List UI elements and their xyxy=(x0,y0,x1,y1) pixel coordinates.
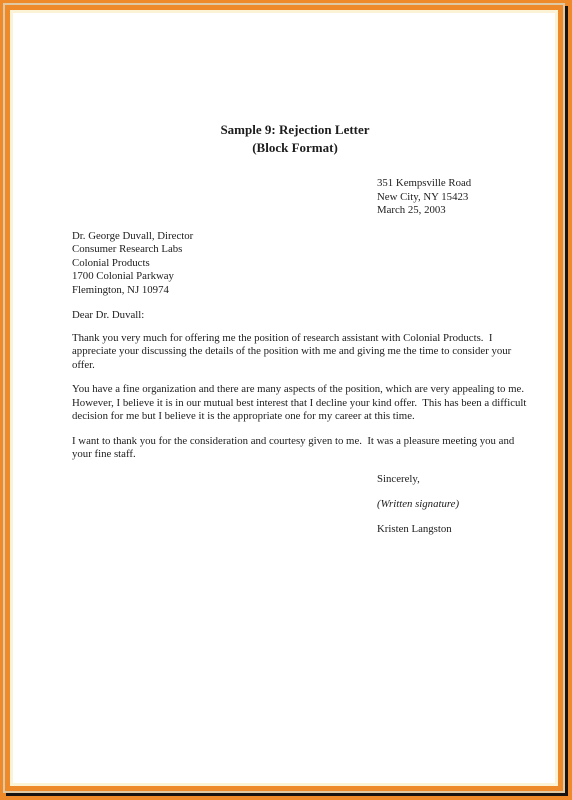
closing: Sincerely, xyxy=(377,473,518,487)
paragraph-1-line-3: offer. xyxy=(72,359,518,373)
decorative-frame-mat: Sample 9: Rejection Letter (Block Format… xyxy=(3,3,565,793)
paragraph-2-line-1: You have a fine organization and there a… xyxy=(72,383,518,397)
signature-block: Sincerely, (Written signature) Kristen L… xyxy=(377,473,518,537)
paragraph-1-line-2: appreciate your discussing the details o… xyxy=(72,345,518,359)
letter-title: Sample 9: Rejection Letter (Block Format… xyxy=(72,121,518,157)
written-signature-placeholder: (Written signature) xyxy=(377,498,518,512)
paragraph-1: Thank you very much for offering me the … xyxy=(72,332,518,373)
sender-street: 351 Kempsville Road xyxy=(377,177,518,191)
recipient-name: Dr. George Duvall, Director xyxy=(72,230,518,244)
paragraph-2: You have a fine organization and there a… xyxy=(72,383,518,424)
sender-city: New City, NY 15423 xyxy=(377,191,518,205)
paragraph-3-line-1: I want to thank you for the consideratio… xyxy=(72,435,518,449)
letter-page: Sample 9: Rejection Letter (Block Format… xyxy=(5,5,563,791)
recipient-street: 1700 Colonial Parkway xyxy=(72,270,518,284)
paragraph-3-line-2: your fine staff. xyxy=(72,448,518,462)
decorative-outer-frame: Sample 9: Rejection Letter (Block Format… xyxy=(0,0,572,800)
paragraph-1-line-1: Thank you very much for offering me the … xyxy=(72,332,518,346)
recipient-company: Colonial Products xyxy=(72,257,518,271)
recipient-city: Flemington, NJ 10974 xyxy=(72,284,518,298)
letter-date: March 25, 2003 xyxy=(377,204,518,218)
recipient-department: Consumer Research Labs xyxy=(72,243,518,257)
recipient-address-block: Dr. George Duvall, Director Consumer Res… xyxy=(72,230,518,298)
letter-title-line-1: Sample 9: Rejection Letter xyxy=(72,121,518,139)
paragraph-3: I want to thank you for the consideratio… xyxy=(72,435,518,462)
paragraph-2-line-2: However, I believe it is in our mutual b… xyxy=(72,397,518,411)
salutation: Dear Dr. Duvall: xyxy=(72,309,518,323)
sender-address-block: 351 Kempsville Road New City, NY 15423 M… xyxy=(377,177,518,218)
paragraph-2-line-3: decision for me but I believe it is the … xyxy=(72,410,518,424)
letter-body-column: Sample 9: Rejection Letter (Block Format… xyxy=(72,121,518,548)
letter-title-line-2: (Block Format) xyxy=(72,139,518,157)
signature-name: Kristen Langston xyxy=(377,523,518,537)
